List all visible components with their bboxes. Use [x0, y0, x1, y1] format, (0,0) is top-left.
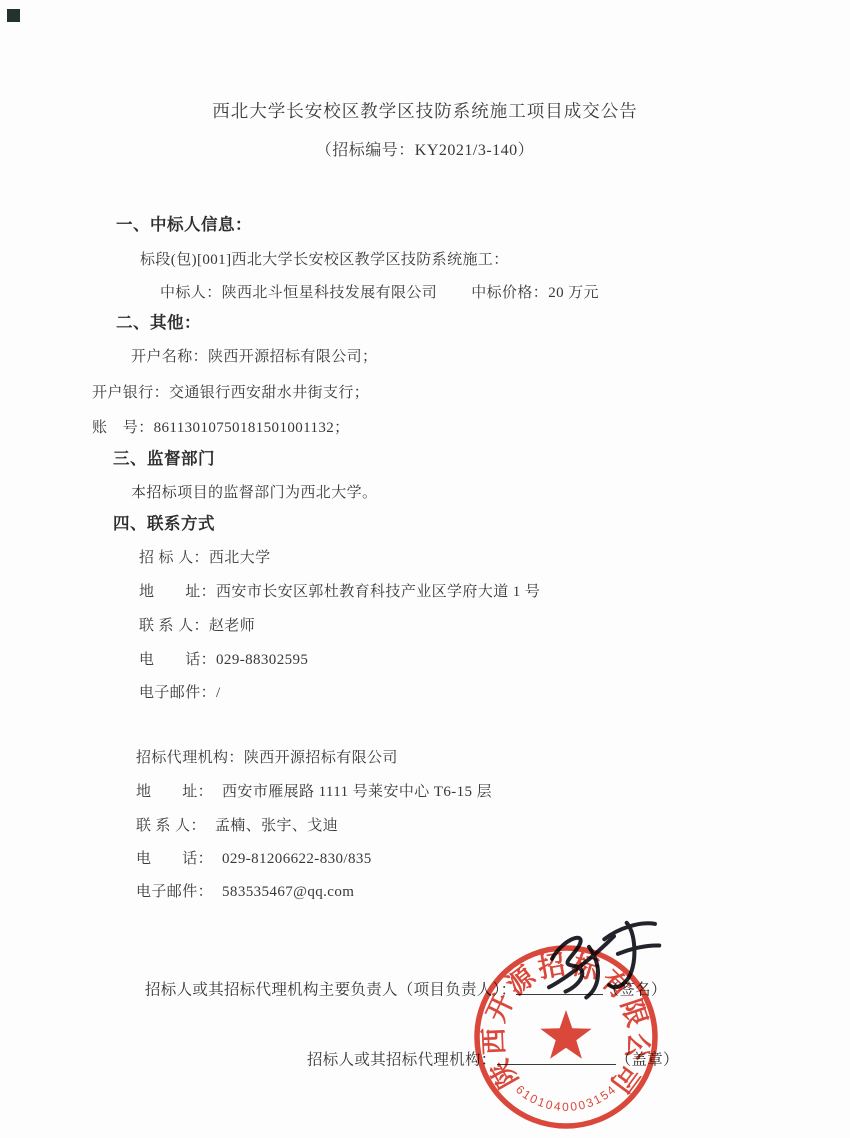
section1-heading: 一、中标人信息： — [116, 215, 252, 236]
section4-heading: 四、联系方式 — [113, 514, 215, 535]
account-number-line: 账 号：86113010750181501001132； — [92, 419, 350, 438]
agency-contact-row: 联 系 人：孟楠、张宇、戈迪 — [136, 817, 338, 836]
lot-line: 标段(包)[001]西北大学长安校区教学区技防系统施工： — [140, 251, 509, 270]
winner-value: 中标人：陕西北斗恒星科技发展有限公司 — [160, 285, 437, 301]
tender-number: （招标编号：KY2021/3-140） — [0, 141, 850, 161]
account-name-line: 开户名称：陕西开源招标有限公司； — [131, 348, 377, 367]
tenderer-contact-row: 联 系 人：赵老师 — [139, 617, 255, 636]
handwritten-signature — [533, 915, 683, 1015]
tenderer-phone-row: 电 话：029-88302595 — [139, 651, 308, 670]
agency-name-row: 招标代理机构：陕西开源招标有限公司 — [136, 749, 398, 768]
agency-address-label: 地 址： — [136, 784, 213, 800]
signature-line-label: 招标人或其招标代理机构主要负责人（项目负责人）： — [145, 982, 516, 999]
agency-phone-row: 电 话：029-81206622-830/835 — [136, 850, 372, 869]
tenderer-phone-label: 电 话： — [139, 652, 216, 668]
price-value: 中标价格：20 万元 — [471, 285, 599, 301]
agency-contact-value: 孟楠、张宇、戈迪 — [215, 818, 338, 834]
tenderer-email-label: 电子邮件： — [139, 685, 216, 701]
agency-phone-value: 029-81206622-830/835 — [222, 851, 372, 867]
agency-email-label: 电子邮件： — [136, 884, 213, 900]
agency-name-label: 招标代理机构： — [136, 750, 244, 766]
section3-heading: 三、监督部门 — [113, 449, 215, 470]
agency-address-row: 地 址：西安市雁展路 1111 号莱安中心 T6-15 层 — [136, 783, 492, 802]
tenderer-email-row: 电子邮件：/ — [139, 684, 221, 703]
bank-line: 开户银行：交通银行西安甜水井街支行； — [92, 384, 369, 403]
tenderer-phone-value: 029-88302595 — [216, 652, 308, 668]
agency-phone-label: 电 话： — [136, 851, 213, 867]
tenderer-address-label: 地 址： — [139, 584, 216, 600]
agency-email-row: 电子邮件：583535467@qq.com — [136, 883, 354, 902]
svg-text:6101040003154: 6101040003154 — [513, 1082, 620, 1114]
tenderer-email-value: / — [216, 685, 221, 701]
tenderer-address-row: 地 址：西安市长安区郭杜教育科技产业区学府大道 1 号 — [139, 583, 540, 602]
winner-row: 中标人：陕西北斗恒星科技发展有限公司中标价格：20 万元 — [160, 284, 599, 303]
tenderer-name-row: 招 标 人：西北大学 — [139, 549, 271, 568]
section2-heading: 二、其他： — [116, 313, 201, 334]
tenderer-contact-label: 联 系 人： — [139, 618, 209, 634]
tenderer-address-value: 西安市长安区郭杜教育科技产业区学府大道 1 号 — [216, 584, 540, 600]
document-page: 西北大学长安校区教学区技防系统施工项目成交公告 （招标编号：KY2021/3-1… — [0, 0, 850, 1138]
seal-star — [540, 1010, 591, 1059]
agency-address-value: 西安市雁展路 1111 号莱安中心 T6-15 层 — [222, 784, 492, 800]
scan-artifact-mark — [7, 9, 20, 22]
seal-code-text: 6101040003154 — [513, 1082, 620, 1114]
tenderer-name-value: 西北大学 — [209, 550, 271, 566]
agency-name-value: 陕西开源招标有限公司 — [244, 750, 398, 766]
agency-contact-label: 联 系 人： — [136, 818, 206, 834]
document-title: 西北大学长安校区教学区技防系统施工项目成交公告 — [0, 101, 850, 123]
tenderer-contact-value: 赵老师 — [209, 618, 255, 634]
tenderer-name-label: 招 标 人： — [139, 550, 209, 566]
agency-email-value: 583535467@qq.com — [222, 884, 354, 900]
supervision-line: 本招标项目的监督部门为西北大学。 — [131, 484, 377, 503]
